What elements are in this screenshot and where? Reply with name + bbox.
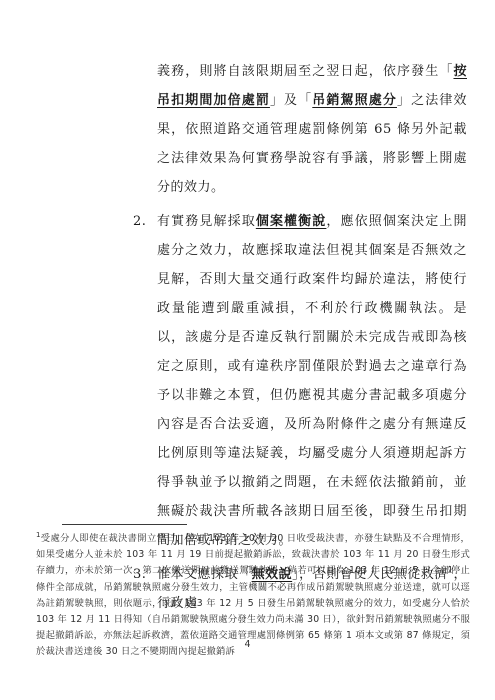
- list-item-2: 2. 有實務見解採取個案權衡說，應依照個案決定上開處分之效力，故應採取違法但視其…: [133, 207, 467, 555]
- paragraph-continuation: 義務，則將自該限期屆至之翌日起，依序發生「按吊扣期間加倍處罰」及「吊銷駕照處分」…: [157, 57, 467, 202]
- list-item-2-marker: 2.: [133, 207, 157, 555]
- paragraph-continuation-text: 義務，則將自該限期屆至之翌日起，依序發生「按吊扣期間加倍處罰」及「吊銷駕照處分」…: [157, 64, 467, 195]
- document-page: 義務，則將自該限期屆至之翌日起，依序發生「按吊扣期間加倍處罰」及「吊銷駕照處分」…: [0, 0, 495, 700]
- page-number: 4: [0, 639, 495, 650]
- list-item-2-text: 有實務見解採取個案權衡說，應依照個案決定上開處分之效力，故應採取違法但視其個案是…: [157, 207, 467, 555]
- footnote-separator: [62, 524, 187, 525]
